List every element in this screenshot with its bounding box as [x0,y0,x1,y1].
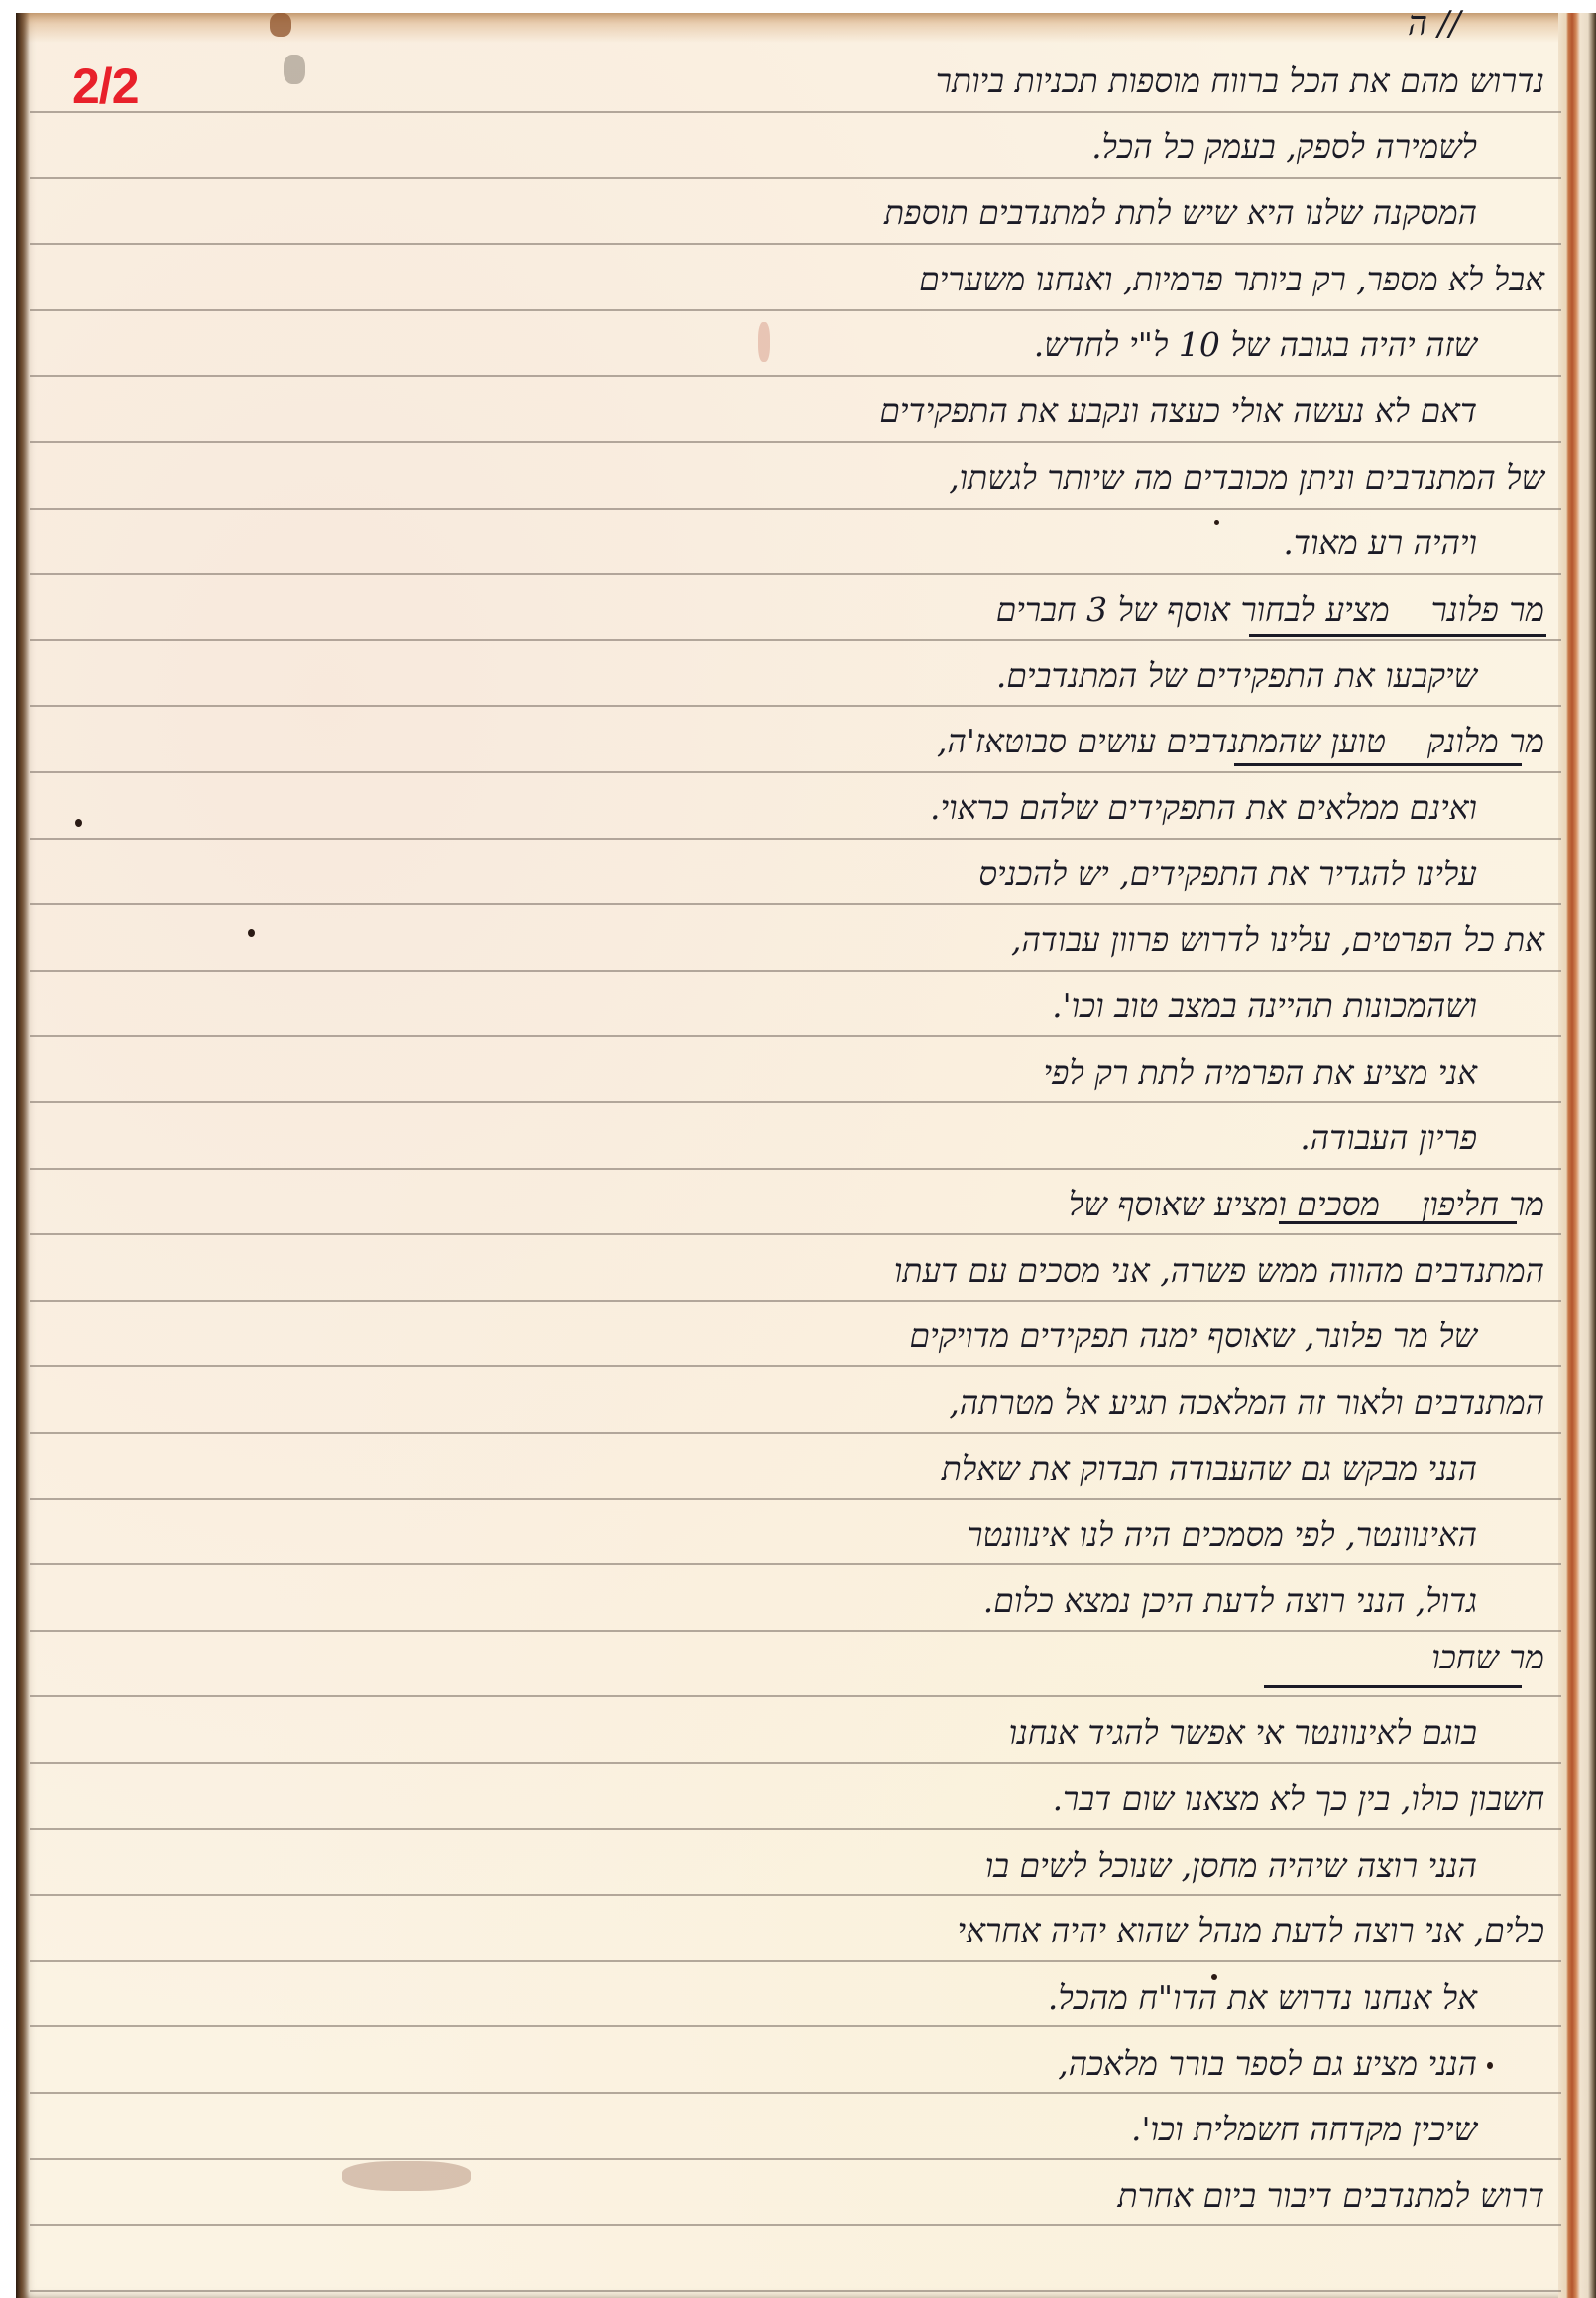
handwritten-line: מר פלונר מציע לבחור אוסף של 3 חברים [996,590,1544,630]
handwritten-line: המסקנה שלנו היא שיש לתת למתנדבים תוספת [884,193,1477,233]
handwritten-line: האינוונטר, לפי מסמכים היה לנו אינוונטר [967,1515,1477,1554]
ink-dot [1214,520,1219,525]
speaker-name: מר חליפון [1422,1185,1544,1223]
line-text: דרוש למתנדבים דיבור ביום אחרת [1117,2176,1544,2215]
handwritten-line: פריון העבודה. [1300,1118,1477,1158]
speaker-underline [1234,763,1522,766]
line-text: הנני רוצה שיהיה מחסן, שנוכל לשים בו [985,1846,1477,1885]
line-text: שיקבעו את התפקידים של המתנדבים. [996,656,1477,695]
ruled-line [30,111,1561,113]
line-text: ויהיה רע מאוד. [1283,523,1477,562]
handwritten-line: לשמירה לספק, בעמק כל הכל. [1091,127,1477,167]
ruled-line [30,2092,1561,2094]
stain-bottom [342,2161,471,2191]
ruled-line [30,1498,1561,1500]
handwritten-line: גדול, הנני רוצה לדעת היכן נמצא כלום. [983,1581,1477,1621]
line-text: את כל הפרטים, עלינו לדרוש פרוון עבודה, [1011,920,1544,959]
handwritten-line: המתנדבים מהווה ממש פשרה, אני מסכים עם דע… [894,1251,1544,1291]
speaker-underline [1249,634,1546,637]
handwritten-line: הנני רוצה שיהיה מחסן, שנוכל לשים בו [985,1846,1477,1886]
handwritten-line: שזה יהיה בגובה של 10 ל"י לחדש. [1034,325,1477,365]
handwritten-line: אבל לא מספר, רק ביותר פרמיות, ואנחנו משע… [919,260,1544,299]
line-text: אני מציע את הפרמיה לתת רק לפי [1043,1053,1477,1092]
handwritten-line: ושהמכונות תהיינה במצב טוב וכו'. [1052,986,1477,1026]
handwritten-line: חשבון כולו, בין כך לא מצאנו שום דבר. [1053,1780,1544,1819]
speaker-name: מר שחכו [1431,1638,1544,1676]
handwritten-line: של המתנדבים וניתן מכובדים מה שיותר לגשתו… [949,458,1544,498]
ruled-line [30,2290,1561,2292]
line-text: שזה יהיה בגובה של 10 ל"י לחדש. [1034,325,1477,364]
line-text: נדרוש מהם את הכל ברווח מוספות תכניות ביו… [936,61,1544,100]
top-corner-mark: ה // [1408,4,1461,44]
line-text: שיכין מקדחה חשמלית וכו'. [1131,2110,1477,2148]
handwritten-line: דאם לא נעשה אולי כעצה ונקבע את התפקידים [879,392,1477,431]
line-text: חשבון כולו, בין כך לא מצאנו שום דבר. [1053,1780,1544,1818]
line-text: דאם לא נעשה אולי כעצה ונקבע את התפקידים [879,392,1477,430]
line-text: מסכים ומציע שאוסף של [1069,1185,1380,1223]
line-text: בוגם לאינוונטר אי אפשר להגיד אנחנו [1009,1713,1477,1752]
ruled-line [30,1432,1561,1434]
ruled-line [30,508,1561,510]
speaker-name: מר מלונק [1427,722,1544,760]
speaker-underline [1279,1221,1517,1224]
ruled-line [30,1300,1561,1302]
ruled-line [30,1894,1561,1896]
ruled-line [30,2158,1561,2160]
handwritten-line: אל אנחנו נדרוש את הדו"ח מהכל. [1048,1978,1477,2017]
ruled-line [30,2224,1561,2226]
handwritten-line: מר שחכו [1390,1638,1544,1677]
line-text: המתנדבים מהווה ממש פשרה, אני מסכים עם דע… [894,1251,1544,1290]
handwritten-line: עלינו להגדיר את התפקידים, יש להכניס [978,855,1477,894]
handwritten-line: של מר פלונר, שאוסף ימנה תפקידים מדויקים [910,1317,1477,1356]
line-text: אל אנחנו נדרוש את הדו"ח מהכל. [1048,1978,1477,2016]
line-text: מציע לבחור אוסף של 3 חברים [996,590,1390,629]
handwritten-line: דרוש למתנדבים דיבור ביום אחרת [1117,2176,1544,2216]
line-text: של המתנדבים וניתן מכובדים מה שיותר לגשתו… [949,458,1544,497]
ruled-line [30,639,1561,641]
ruled-line [30,1365,1561,1367]
stain-top [270,13,291,37]
ruled-line [30,1101,1561,1103]
line-text: עלינו להגדיר את התפקידים, יש להכניס [978,855,1477,893]
ruled-line [30,375,1561,377]
handwritten-line: המתנדבים ולאור זה המלאכה תגיע אל מטרתה, [949,1383,1544,1423]
ruled-line [30,1563,1561,1565]
line-text: גדול, הנני רוצה לדעת היכן נמצא כלום. [983,1581,1477,1620]
handwritten-line: שיקבעו את התפקידים של המתנדבים. [996,656,1477,696]
handwritten-line: ויהיה רע מאוד. [1283,523,1477,563]
handwritten-line: ואינם ממלאים את התפקידים שלהם כראוי. [930,788,1477,828]
line-text: הנני מבקש גם שהעבודה תבדוק את שאלת [942,1449,1477,1488]
page-left-edge-shadow [16,13,30,2298]
ruled-line [30,1233,1561,1235]
handwritten-line: אני מציע את הפרמיה לתת רק לפי [1043,1053,1477,1092]
line-text: האינוונטר, לפי מסמכים היה לנו אינוונטר [967,1515,1477,1553]
ruled-line [30,573,1561,575]
ruled-line [30,1035,1561,1037]
line-text: כלים, אני רוצה לדעת מנהל שהוא יהיה אחראי [958,1911,1544,1950]
ruled-line [30,705,1561,707]
line-text: ושהמכונות תהיינה במצב טוב וכו'. [1052,986,1477,1025]
handwritten-line: הנני מבקש גם שהעבודה תבדוק את שאלת [942,1449,1477,1489]
ruled-line [30,771,1561,773]
stain-top-grey [284,55,305,84]
line-text: פריון העבודה. [1300,1118,1477,1157]
handwritten-line: מר מלונק טוען שהמתנדבים עושים סבוטאז'ה, [937,722,1544,761]
ruled-line [30,1960,1561,1962]
handwritten-line: את כל הפרטים, עלינו לדרוש פרוון עבודה, [1011,920,1544,960]
ruled-line [30,970,1561,972]
ruled-line [30,177,1561,179]
page-top-tint [16,13,1574,43]
handwritten-line: נדרוש מהם את הכל ברווח מוספות תכניות ביו… [936,61,1544,101]
handwritten-line: בוגם לאינוונטר אי אפשר להגיד אנחנו [1009,1713,1477,1753]
page-binding-edge [1558,13,1596,2298]
ink-dot [1487,2062,1493,2069]
line-text: הנני מציע גם לספר בורר מלאכה, [1058,2044,1477,2083]
ruled-line [30,309,1561,311]
handwritten-line: כלים, אני רוצה לדעת מנהל שהוא יהיה אחראי [958,1911,1544,1951]
speaker-name: מר פלונר [1431,590,1544,629]
ruled-line [30,1828,1561,1830]
line-text: ואינם ממלאים את התפקידים שלהם כראוי. [930,788,1477,827]
ruled-line [30,441,1561,443]
line-text: המסקנה שלנו היא שיש לתת למתנדבים תוספת [884,193,1477,232]
ruled-line [30,838,1561,840]
line-text: לשמירה לספק, בעמק כל הכל. [1091,127,1477,166]
stain-mid-right [758,322,770,362]
handwritten-line: שיכין מקדחה חשמלית וכו'. [1131,2110,1477,2149]
handwritten-line: הנני מציע גם לספר בורר מלאכה, [1058,2044,1477,2084]
ruled-line [30,2025,1561,2027]
ruled-line [30,1695,1561,1697]
line-text: המתנדבים ולאור זה המלאכה תגיע אל מטרתה, [949,1383,1544,1422]
line-text: טוען שהמתנדבים עושים סבוטאז'ה, [937,722,1386,760]
ink-dot [75,819,82,827]
ruled-line [30,1168,1561,1170]
page-number-label: 2/2 [72,57,139,115]
ruled-line [30,903,1561,905]
ruled-line [30,1762,1561,1764]
line-text: אבל לא מספר, רק ביותר פרמיות, ואנחנו משע… [919,260,1544,298]
speaker-underline [1264,1685,1522,1688]
line-text: של מר פלונר, שאוסף ימנה תפקידים מדויקים [910,1317,1477,1355]
ruled-line [30,1630,1561,1632]
handwritten-line: מר חליפון מסכים ומציע שאוסף של [1069,1185,1544,1224]
ink-dot [248,929,255,937]
ruled-line [30,243,1561,245]
